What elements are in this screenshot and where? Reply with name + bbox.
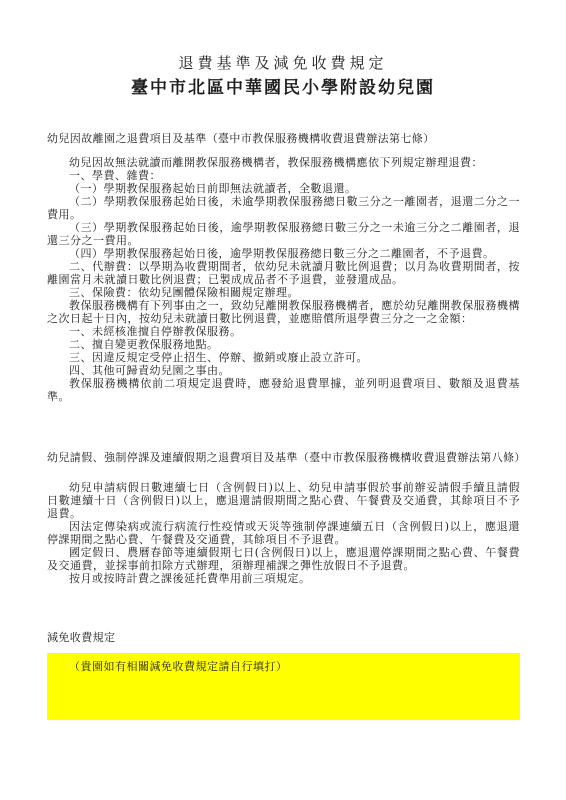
section-leave-suspension-refund: 幼兒請假、強制停課及連續假期之退費項目及基準（臺中市教保服務機構收費退費辦法第八… — [47, 451, 520, 585]
document-title: 退費基準及減免收費規定 — [0, 54, 566, 73]
paragraph: 二、擅自變更教保服務地點。 — [47, 338, 520, 351]
paragraph: 一、未經核准擅自停辦教保服務。 — [47, 325, 520, 338]
paragraph: 國定假日、農曆春節等連續假期七日(含例假日)以上，應退還停課期間之點心費、午餐費… — [47, 546, 520, 572]
paragraph: 四、其他可歸責幼兒園之事由。 — [47, 364, 520, 377]
fee-reduction-fill-in-box: （貴園如有相關減免收費規定請自行填打） — [47, 653, 520, 720]
section-reduction-heading: 減免收費規定 — [47, 631, 520, 645]
fee-reduction-note: （貴園如有相關減免收費規定請自行填打） — [47, 660, 520, 673]
section-fee-reduction: 減免收費規定 （貴園如有相關減免收費規定請自行填打） — [47, 631, 520, 720]
paragraph: （一）學期教保服務起始日前即無法就讀者，全數退還。 — [47, 182, 520, 195]
document-page: 退費基準及減免收費規定 臺中市北區中華國民小學附設幼兒園 幼兒因故離園之退費項目… — [0, 0, 566, 800]
paragraph: （四）學期教保服務起始日後，逾學期教保服務總日數三分之二離園者，不予退費。 — [47, 247, 520, 260]
paragraph: （三）學期教保服務起始日後，逾學期教保服務總日數三分之一未逾三分之二離園者，退還… — [47, 221, 520, 247]
document-body: 幼兒因故離園之退費項目及基準（臺中市教保服務機構收費退費辦法第七條） 幼兒因故無… — [47, 132, 520, 720]
paragraph: 因法定傳染病或流行病流行性疫情或天災等強制停課連續五日（含例假日)以上，應退還停… — [47, 520, 520, 546]
section-leave-paragraphs: 幼兒申請病假日數連續七日（含例假日)以上、幼兒申請事假於事前辦妥請假手續且請假日… — [47, 481, 520, 585]
paragraph: 三、保險費：依幼兒團體保險相關規定辦理。 — [47, 286, 520, 299]
section-leaving-paragraphs: 幼兒因故無法就讀而離開教保服務機構者，教保服務機構應依下列規定辦理退費： 一、學… — [47, 156, 520, 403]
paragraph: 教保服務機構依前二項規定退費時，應發給退費單據，並列明退費項目、數額及退費基準。 — [47, 377, 520, 403]
paragraph: （二）學期教保服務起始日後，未逾學期教保服務總日數三分之一離園者，退還二分之一費… — [47, 195, 520, 221]
paragraph: 一、學費、雜費： — [47, 169, 520, 182]
section-leaving-refund: 幼兒因故離園之退費項目及基準（臺中市教保服務機構收費退費辦法第七條） 幼兒因故無… — [47, 132, 520, 403]
paragraph: 教保服務機構有下列事由之一，致幼兒離開教保服務機構者，應於幼兒離開教保服務機構之… — [47, 299, 520, 325]
paragraph: 按月或按時計費之課後延托費準用前三項規定。 — [47, 572, 520, 585]
section-leaving-heading: 幼兒因故離園之退費項目及基準（臺中市教保服務機構收費退費辦法第七條） — [47, 132, 520, 146]
section-leave-heading: 幼兒請假、強制停課及連續假期之退費項目及基準（臺中市教保服務機構收費退費辦法第八… — [47, 451, 520, 465]
paragraph: 二、代辦費：以學期為收費期間者，依幼兒未就讀月數比例退費；以月為收費期間者，按離… — [47, 260, 520, 286]
document-subtitle: 臺中市北區中華國民小學附設幼兒園 — [0, 77, 566, 100]
paragraph: 幼兒申請病假日數連續七日（含例假日)以上、幼兒申請事假於事前辦妥請假手續且請假日… — [47, 481, 520, 520]
paragraph: 三、因違反規定受停止招生、停辦、撤銷或廢止設立許可。 — [47, 351, 520, 364]
paragraph: 幼兒因故無法就讀而離開教保服務機構者，教保服務機構應依下列規定辦理退費： — [47, 156, 520, 169]
